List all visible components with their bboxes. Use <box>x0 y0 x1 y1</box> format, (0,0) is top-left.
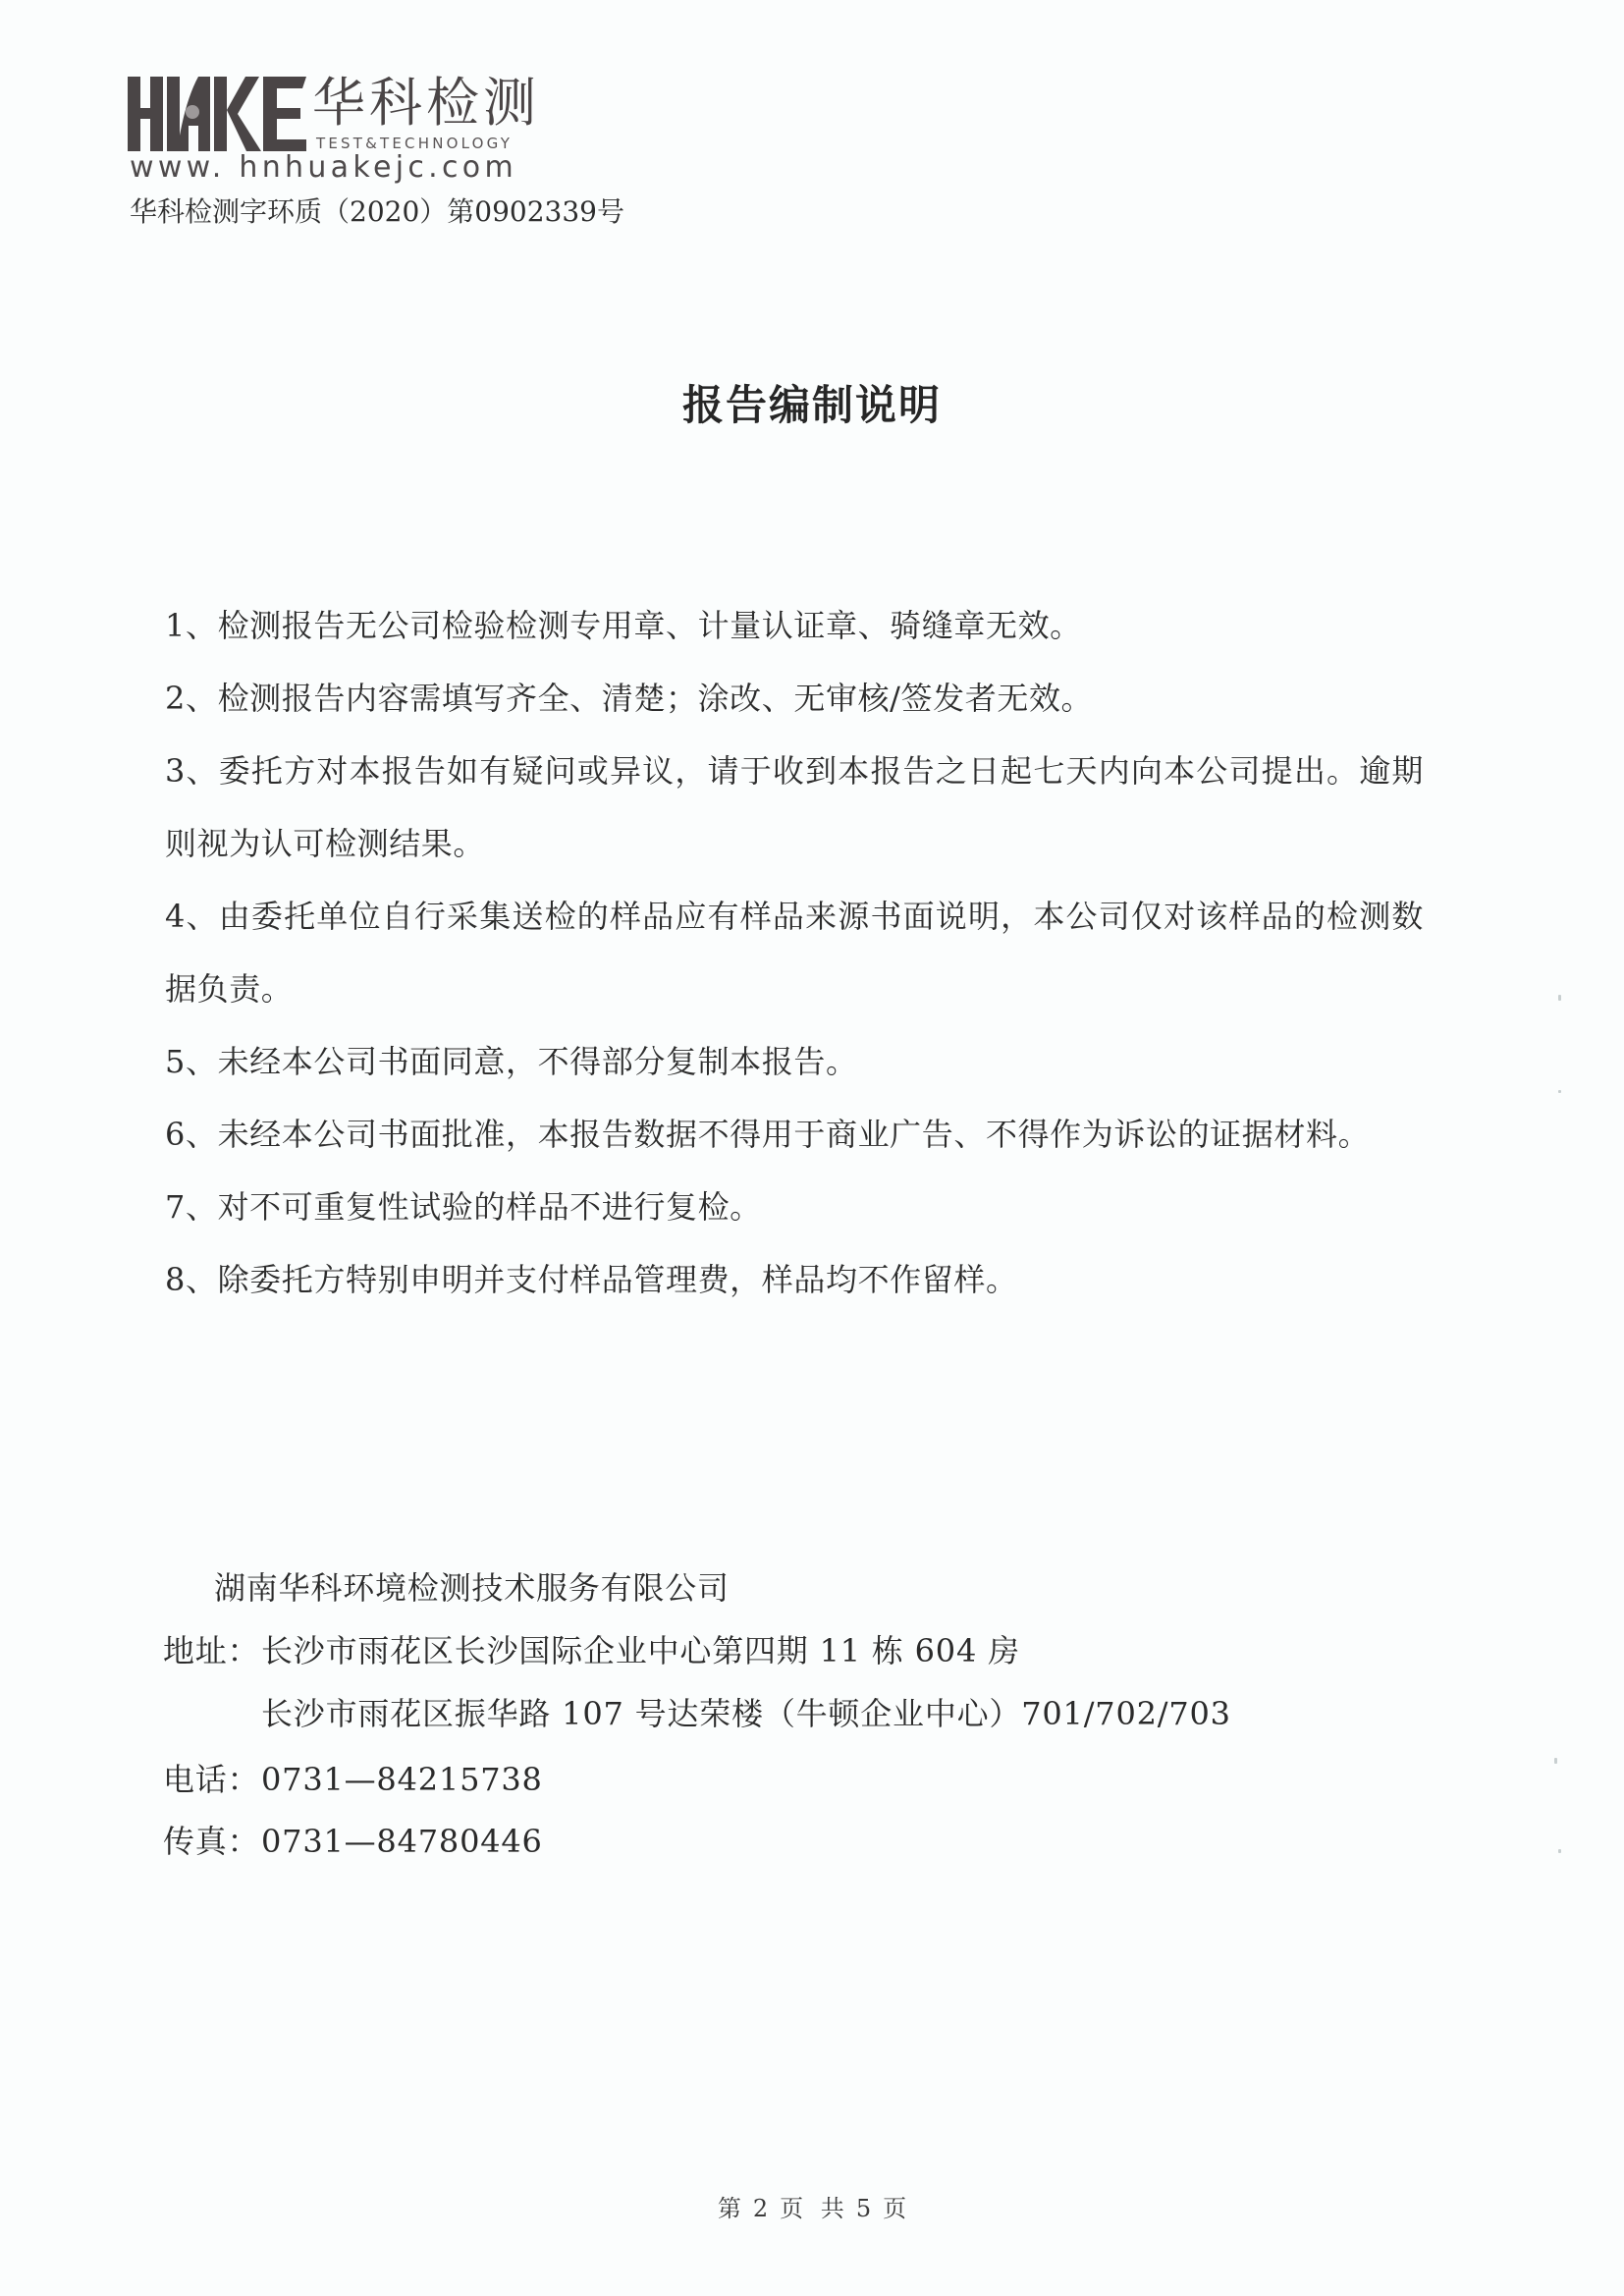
company-name: 湖南华科环境检测技术服务有限公司 <box>214 1567 730 1609</box>
page-prefix: 第 <box>718 2195 741 2222</box>
note-text: 未经本公司书面批准，本报告数据不得用于商业广告、不得作为诉讼的证据材料。 <box>218 1116 1371 1153</box>
note-index: 1、 <box>165 607 218 644</box>
logo-chinese-name: 华科检测 <box>312 73 540 134</box>
note-text: 检测报告内容需填写齐全、清楚；涂改、无审核/签发者无效。 <box>218 680 1094 717</box>
page-suffix: 页 <box>883 2195 906 2222</box>
note-item: 4、由委托单位自行采集送检的样品应有样品来源书面说明，本公司仅对该样品的检测数据… <box>165 880 1424 1025</box>
note-text: 未经本公司书面同意，不得部分复制本报告。 <box>218 1043 858 1080</box>
note-index: 8、 <box>165 1261 218 1298</box>
note-item: 1、检测报告无公司检验检测专用章、计量认证章、骑缝章无效。 <box>165 589 1424 662</box>
phone-row: 电话：0731—84215738 <box>163 1759 543 1800</box>
scan-speck <box>1554 1758 1557 1764</box>
note-index: 4、 <box>165 898 219 935</box>
address-line-2: 长沙市雨花区振华路 107 号达荣楼（牛顿企业中心）701/702/703 <box>261 1695 1231 1732</box>
note-text: 委托方对本报告如有疑问或异议，请于收到本报告之日起七天内向本公司提出。逾期则视为… <box>165 752 1424 862</box>
fax-label: 传真： <box>163 1821 261 1862</box>
note-item: 2、检测报告内容需填写齐全、清楚；涂改、无审核/签发者无效。 <box>165 662 1424 735</box>
report-number: 华科检测字环质（2020）第0902339号 <box>130 194 624 230</box>
page-current: 2 <box>753 2195 768 2222</box>
scan-speck <box>1558 1849 1561 1853</box>
note-item: 8、除委托方特别申明并支付样品管理费，样品均不作留样。 <box>165 1243 1424 1316</box>
note-text: 由委托单位自行采集送检的样品应有样品来源书面说明，本公司仅对该样品的检测数据负责… <box>165 898 1424 1008</box>
note-item: 5、未经本公司书面同意，不得部分复制本报告。 <box>165 1025 1424 1098</box>
phone-label: 电话： <box>163 1759 261 1800</box>
page-indicator: 第2页 共5页 <box>0 2194 1624 2223</box>
address-line-1: 长沙市雨花区长沙国际企业中心第四期 11 栋 604 房 <box>261 1632 1020 1669</box>
scan-speck <box>1558 995 1561 1001</box>
fax-number: 0731—84780446 <box>261 1823 543 1860</box>
logo-icon <box>128 77 306 151</box>
note-index: 6、 <box>165 1116 218 1153</box>
note-item: 3、委托方对本报告如有疑问或异议，请于收到本报告之日起七天内向本公司提出。逾期则… <box>165 735 1424 880</box>
address-row-2: 长沙市雨花区振华路 107 号达荣楼（牛顿企业中心）701/702/703 <box>261 1693 1231 1734</box>
note-text: 检测报告无公司检验检测专用章、计量认证章、骑缝章无效。 <box>218 607 1082 644</box>
address-label: 地址： <box>163 1630 261 1671</box>
note-text: 除委托方特别申明并支付样品管理费，样品均不作留样。 <box>218 1261 1018 1298</box>
address-row: 地址：长沙市雨花区长沙国际企业中心第四期 11 栋 604 房 <box>163 1630 1020 1671</box>
logo-tagline: TEST&TECHNOLOGY <box>316 136 513 151</box>
note-item: 7、对不可重复性试验的样品不进行复检。 <box>165 1171 1424 1243</box>
fax-row: 传真：0731—84780446 <box>163 1821 543 1862</box>
note-item: 6、未经本公司书面批准，本报告数据不得用于商业广告、不得作为诉讼的证据材料。 <box>165 1098 1424 1171</box>
logo-website: www. hnhuakejc.com <box>130 151 517 185</box>
page-mid: 页 共 <box>780 2195 844 2222</box>
phone-number: 0731—84215738 <box>261 1761 543 1798</box>
scan-speck <box>1558 1090 1561 1093</box>
notes-list: 1、检测报告无公司检验检测专用章、计量认证章、骑缝章无效。 2、检测报告内容需填… <box>165 589 1424 1316</box>
note-index: 2、 <box>165 680 218 717</box>
page-total: 5 <box>856 2195 871 2222</box>
huake-logo-mark <box>128 77 306 151</box>
note-index: 7、 <box>165 1188 218 1226</box>
note-index: 5、 <box>165 1043 218 1080</box>
page-title: 报告编制说明 <box>0 381 1624 430</box>
note-index: 3、 <box>165 752 219 790</box>
note-text: 对不可重复性试验的样品不进行复检。 <box>218 1188 762 1226</box>
